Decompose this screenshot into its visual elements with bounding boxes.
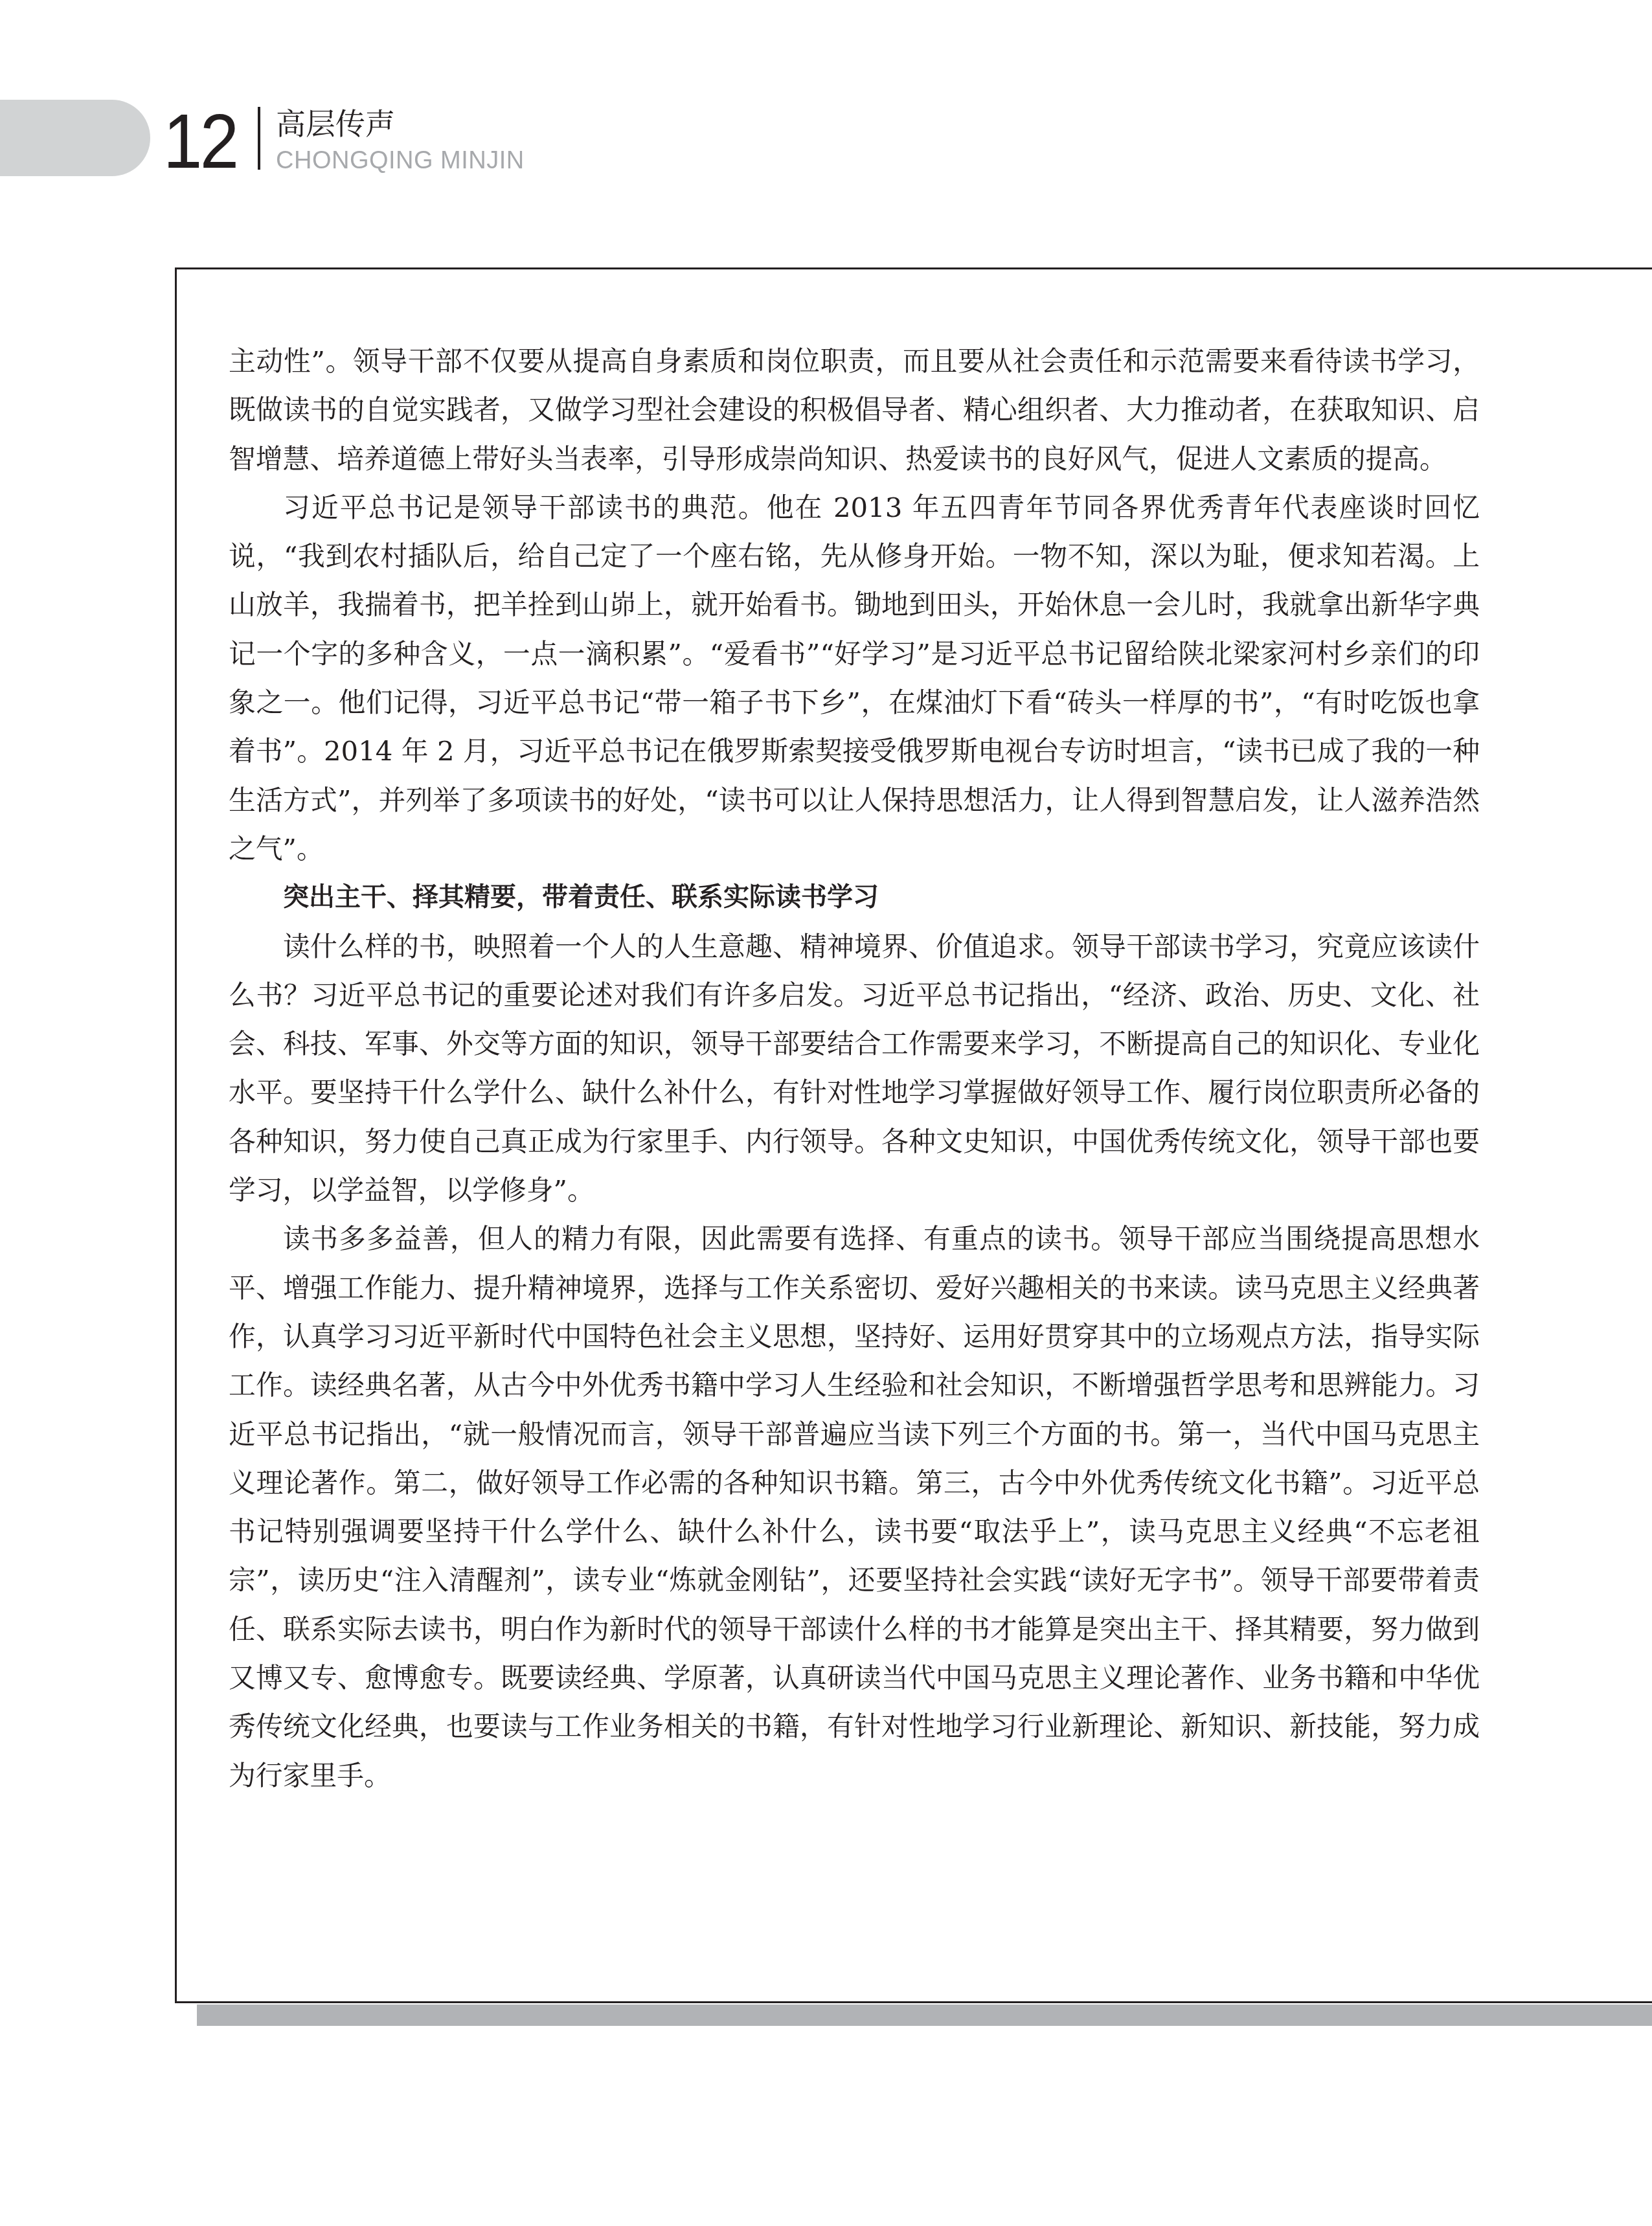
article-body: 主动性”。领导干部不仅要从提高自身素质和岗位职责，而且要从社会责任和示范需要来看… (229, 337, 1480, 1800)
page-number: 12 (163, 104, 236, 180)
section-subheading: 突出主干、择其精要，带着责任、联系实际读书学习 (229, 873, 1480, 922)
header-divider (258, 107, 260, 170)
paragraph-continuation: 主动性”。领导干部不仅要从提高自身素质和岗位职责，而且要从社会责任和示范需要来看… (229, 337, 1480, 483)
paragraph: 读什么样的书，映照着一个人的人生意趣、精神境界、价值追求。领导干部读书学习，究竟… (229, 922, 1480, 1215)
paragraph: 读书多多益善，但人的精力有限，因此需要有选择、有重点的读书。领导干部应当围绕提高… (229, 1214, 1480, 1800)
paragraph: 习近平总书记是领导干部读书的典范。他在 2013 年五四青年节同各界优秀青年代表… (229, 483, 1480, 873)
article-frame-shadow (197, 2005, 1652, 2026)
magazine-name: CHONGQING MINJIN (276, 148, 525, 174)
section-title: 高层传声 (276, 106, 395, 141)
header-tab-decoration (0, 100, 150, 176)
